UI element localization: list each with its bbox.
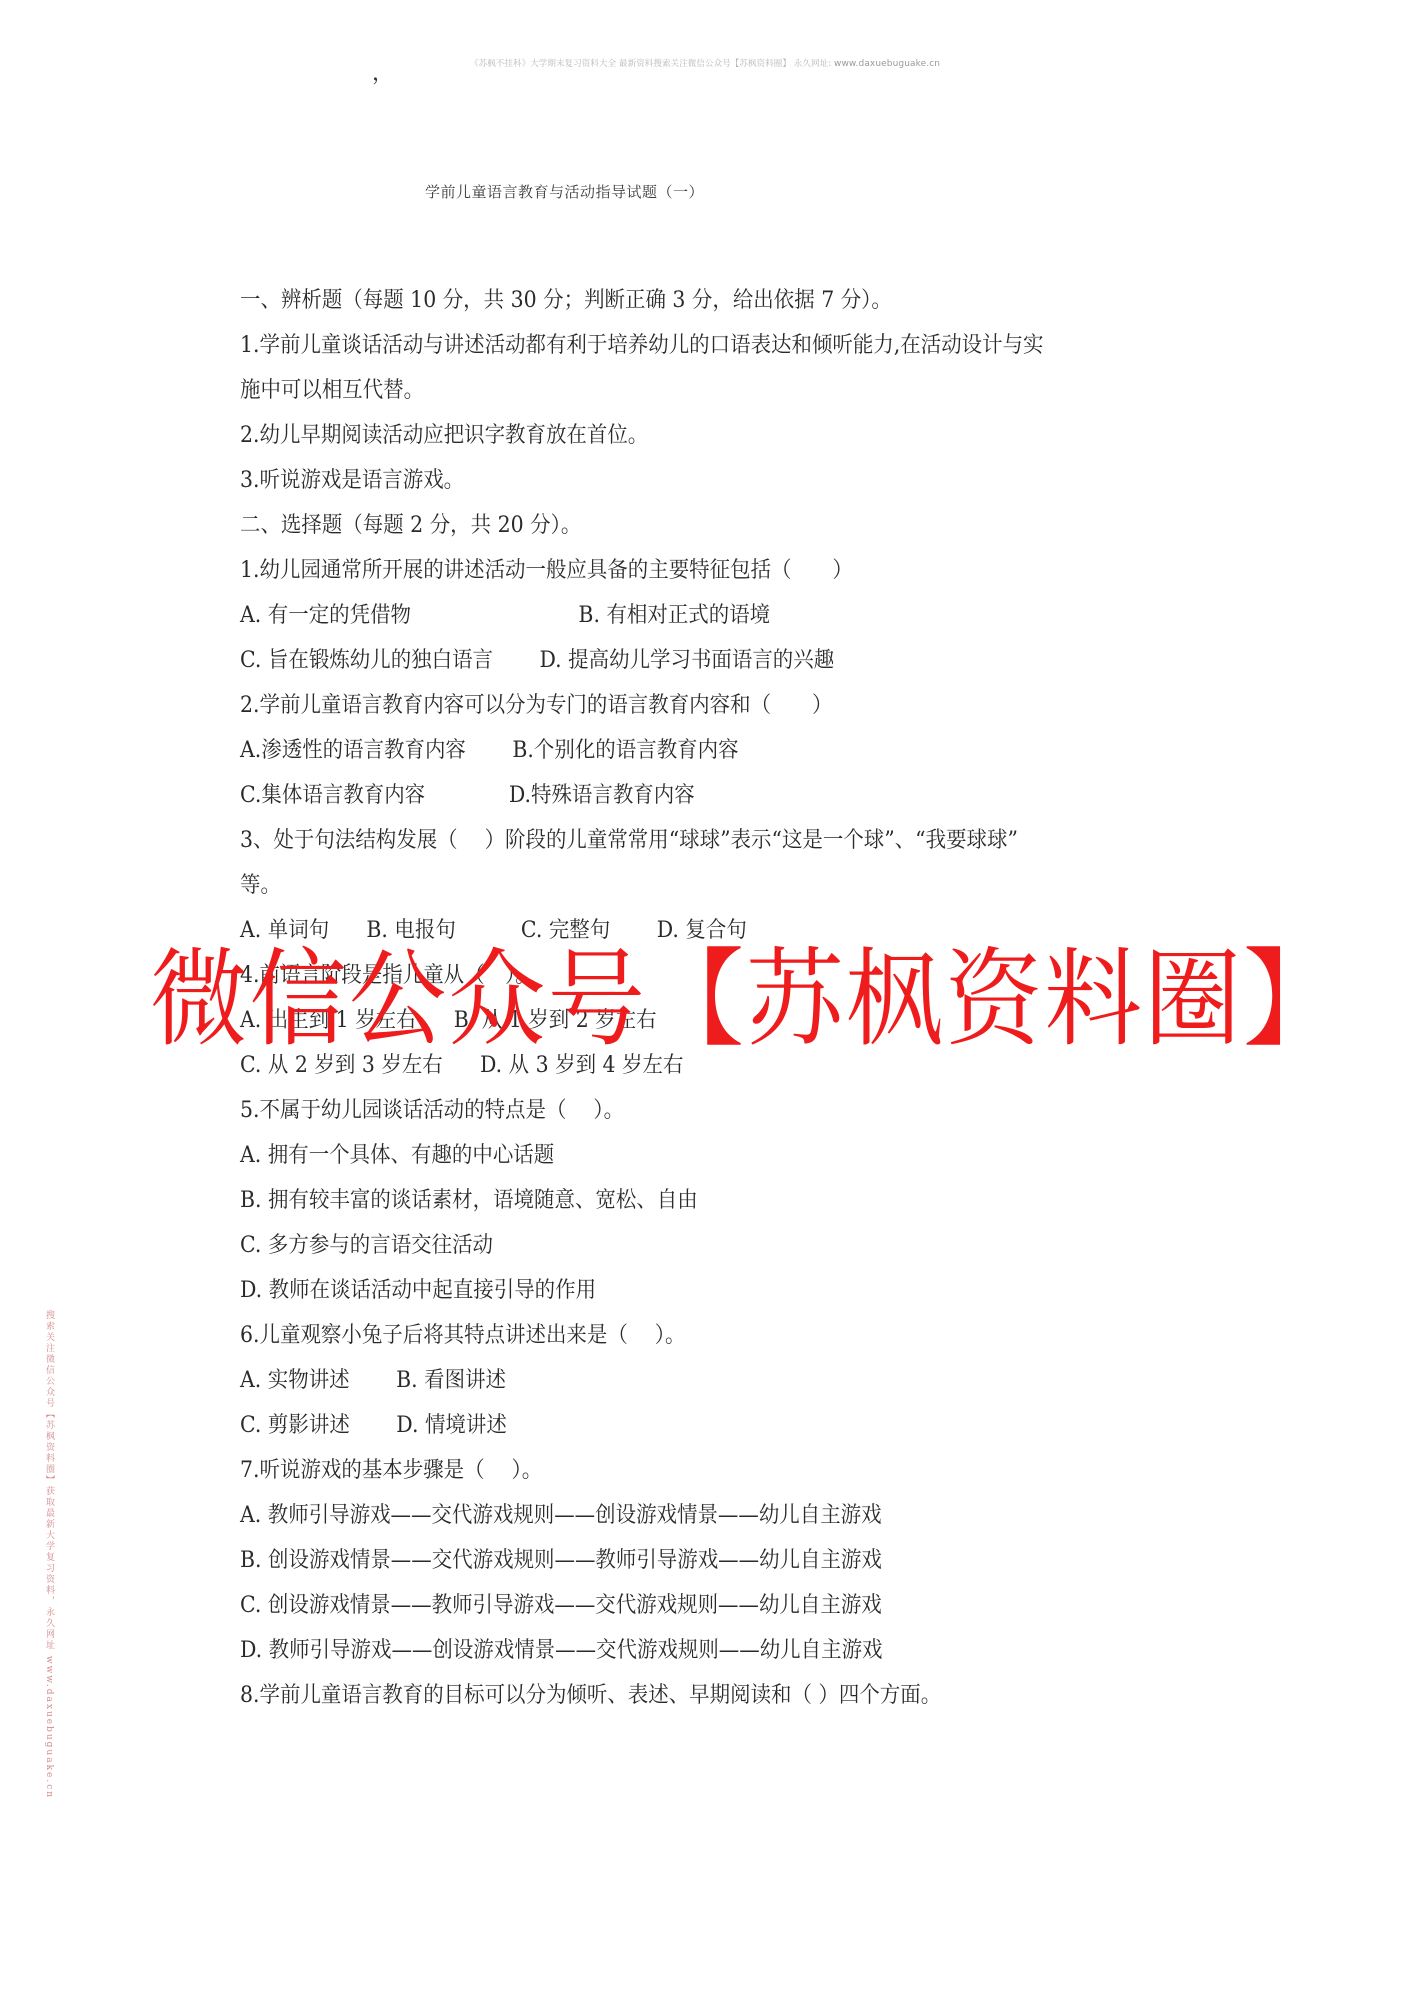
top-watermark-url: www.daxuebuguake.cn (834, 59, 940, 69)
question-line: 6.儿童观察小兔子后将其特点讲述出来是（ ）。 (240, 1313, 1124, 1358)
answer-option: A. 实物讲述 (240, 1358, 350, 1403)
answer-option-line: C. 从 2 岁到 3 岁左右D. 从 3 岁到 4 岁左右 (240, 1043, 1124, 1088)
answer-option: C. 从 2 岁到 3 岁左右 (240, 1043, 443, 1088)
answer-option: C. 旨在锻炼幼儿的独白语言 (240, 638, 493, 683)
answer-option-line: C. 旨在锻炼幼儿的独白语言D. 提高幼儿学习书面语言的兴趣 (240, 638, 1124, 683)
answer-option-line: D. 教师引导游戏——创设游戏情景——交代游戏规则——幼儿自主游戏 (240, 1628, 1124, 1673)
answer-option-line: A. 出生到 1 岁左右B. 从 1 岁到 2 岁左右 (240, 998, 1124, 1043)
answer-option: A. 单词句 (240, 908, 329, 953)
stray-comma-mark: ， (372, 56, 394, 87)
question-line: 4.前语言阶段是指儿童从（ ）。 (240, 953, 1124, 998)
answer-option-line: C. 剪影讲述D. 情境讲述 (240, 1403, 1124, 1448)
answer-option: C. 剪影讲述 (240, 1403, 350, 1448)
question-line: 3.听说游戏是语言游戏。 (240, 458, 1124, 503)
answer-option-line: A. 拥有一个具体、有趣的中心话题 (240, 1133, 1124, 1178)
answer-option: A. 出生到 1 岁左右 (240, 998, 417, 1043)
answer-option: B. 从 1 岁到 2 岁左右 (454, 998, 657, 1043)
answer-option-line: C. 多方参与的言语交往活动 (240, 1223, 1124, 1268)
question-line: 3、处于句法结构发展（ ）阶段的儿童常常用“球球”表示“这是一个球”、“我要球球… (240, 818, 1124, 863)
answer-option-line: B. 创设游戏情景——交代游戏规则——教师引导游戏——幼儿自主游戏 (240, 1538, 1124, 1583)
answer-option: C. 完整句 (521, 908, 610, 953)
question-line: 2.幼儿早期阅读活动应把识字教育放在首位。 (240, 413, 1124, 458)
question-line: 1.幼儿园通常所开展的讲述活动一般应具备的主要特征包括（ ） (240, 548, 1124, 593)
answer-option-line: C.集体语言教育内容D.特殊语言教育内容 (240, 773, 1124, 818)
section-heading: 一、辨析题（每题 10 分，共 30 分；判断正确 3 分，给出依据 7 分）。 (240, 278, 1124, 323)
answer-option-line: D. 教师在谈话活动中起直接引导的作用 (240, 1268, 1124, 1313)
answer-option-line: A.渗透性的语言教育内容B.个别化的语言教育内容 (240, 728, 1124, 773)
answer-option: D.特殊语言教育内容 (509, 773, 695, 818)
document-title: 学前儿童语言教育与活动指导试题（一） (425, 181, 704, 202)
question-line: 5.不属于幼儿园谈话活动的特点是（ ）。 (240, 1088, 1124, 1133)
question-continuation: 施中可以相互代替。 (240, 368, 1124, 413)
question-line: 2.学前儿童语言教育内容可以分为专门的语言教育内容和（ ） (240, 683, 1124, 728)
answer-option-line: B. 拥有较丰富的谈话素材，语境随意、宽松、自由 (240, 1178, 1124, 1223)
answer-option-line: A. 教师引导游戏——交代游戏规则——创设游戏情景——幼儿自主游戏 (240, 1493, 1124, 1538)
answer-option: B. 电报句 (366, 908, 455, 953)
question-line: 1.学前儿童谈话活动与讲述活动都有利于培养幼儿的口语表达和倾听能力,在活动设计与… (240, 323, 1124, 368)
top-watermark-text: 《苏枫不挂科》大学期末复习资料大全 最新资料搜索关注微信公众号【苏枫资料圈】 永… (470, 59, 834, 69)
answer-option-line: A. 有一定的凭借物B. 有相对正式的语境 (240, 593, 1124, 638)
answer-option: A. 有一定的凭借物 (240, 593, 411, 638)
answer-option-line: A. 实物讲述B. 看图讲述 (240, 1358, 1124, 1403)
answer-option: D. 复合句 (657, 908, 747, 953)
question-line: 7.听说游戏的基本步骤是（ ）。 (240, 1448, 1124, 1493)
answer-option: D. 情境讲述 (396, 1403, 507, 1448)
question-line: 8.学前儿童语言教育的目标可以分为倾听、表述、早期阅读和（ ）四个方面。 (240, 1673, 1124, 1718)
exam-content: 一、辨析题（每题 10 分，共 30 分；判断正确 3 分，给出依据 7 分）。… (240, 278, 1190, 1718)
side-watermark: 搜索关注微信公众号【苏枫资料圈】获取最新大学复习资料，永久网址 www.daxu… (40, 1310, 56, 1799)
answer-option-line: C. 创设游戏情景——教师引导游戏——交代游戏规则——幼儿自主游戏 (240, 1583, 1124, 1628)
answer-option: C.集体语言教育内容 (240, 773, 425, 818)
answer-option: B.个别化的语言教育内容 (512, 728, 738, 773)
section-heading: 二、选择题（每题 2 分，共 20 分）。 (240, 503, 1124, 548)
answer-option-line: A. 单词句B. 电报句C. 完整句D. 复合句 (240, 908, 1124, 953)
answer-option: B. 有相对正式的语境 (578, 593, 770, 638)
answer-option: B. 看图讲述 (396, 1358, 506, 1403)
top-watermark: 《苏枫不挂科》大学期末复习资料大全 最新资料搜索关注微信公众号【苏枫资料圈】 永… (470, 57, 940, 69)
answer-option: D. 提高幼儿学习书面语言的兴趣 (540, 638, 835, 683)
answer-option: A.渗透性的语言教育内容 (240, 728, 466, 773)
answer-option: D. 从 3 岁到 4 岁左右 (480, 1043, 683, 1088)
question-continuation: 等。 (240, 863, 1124, 908)
